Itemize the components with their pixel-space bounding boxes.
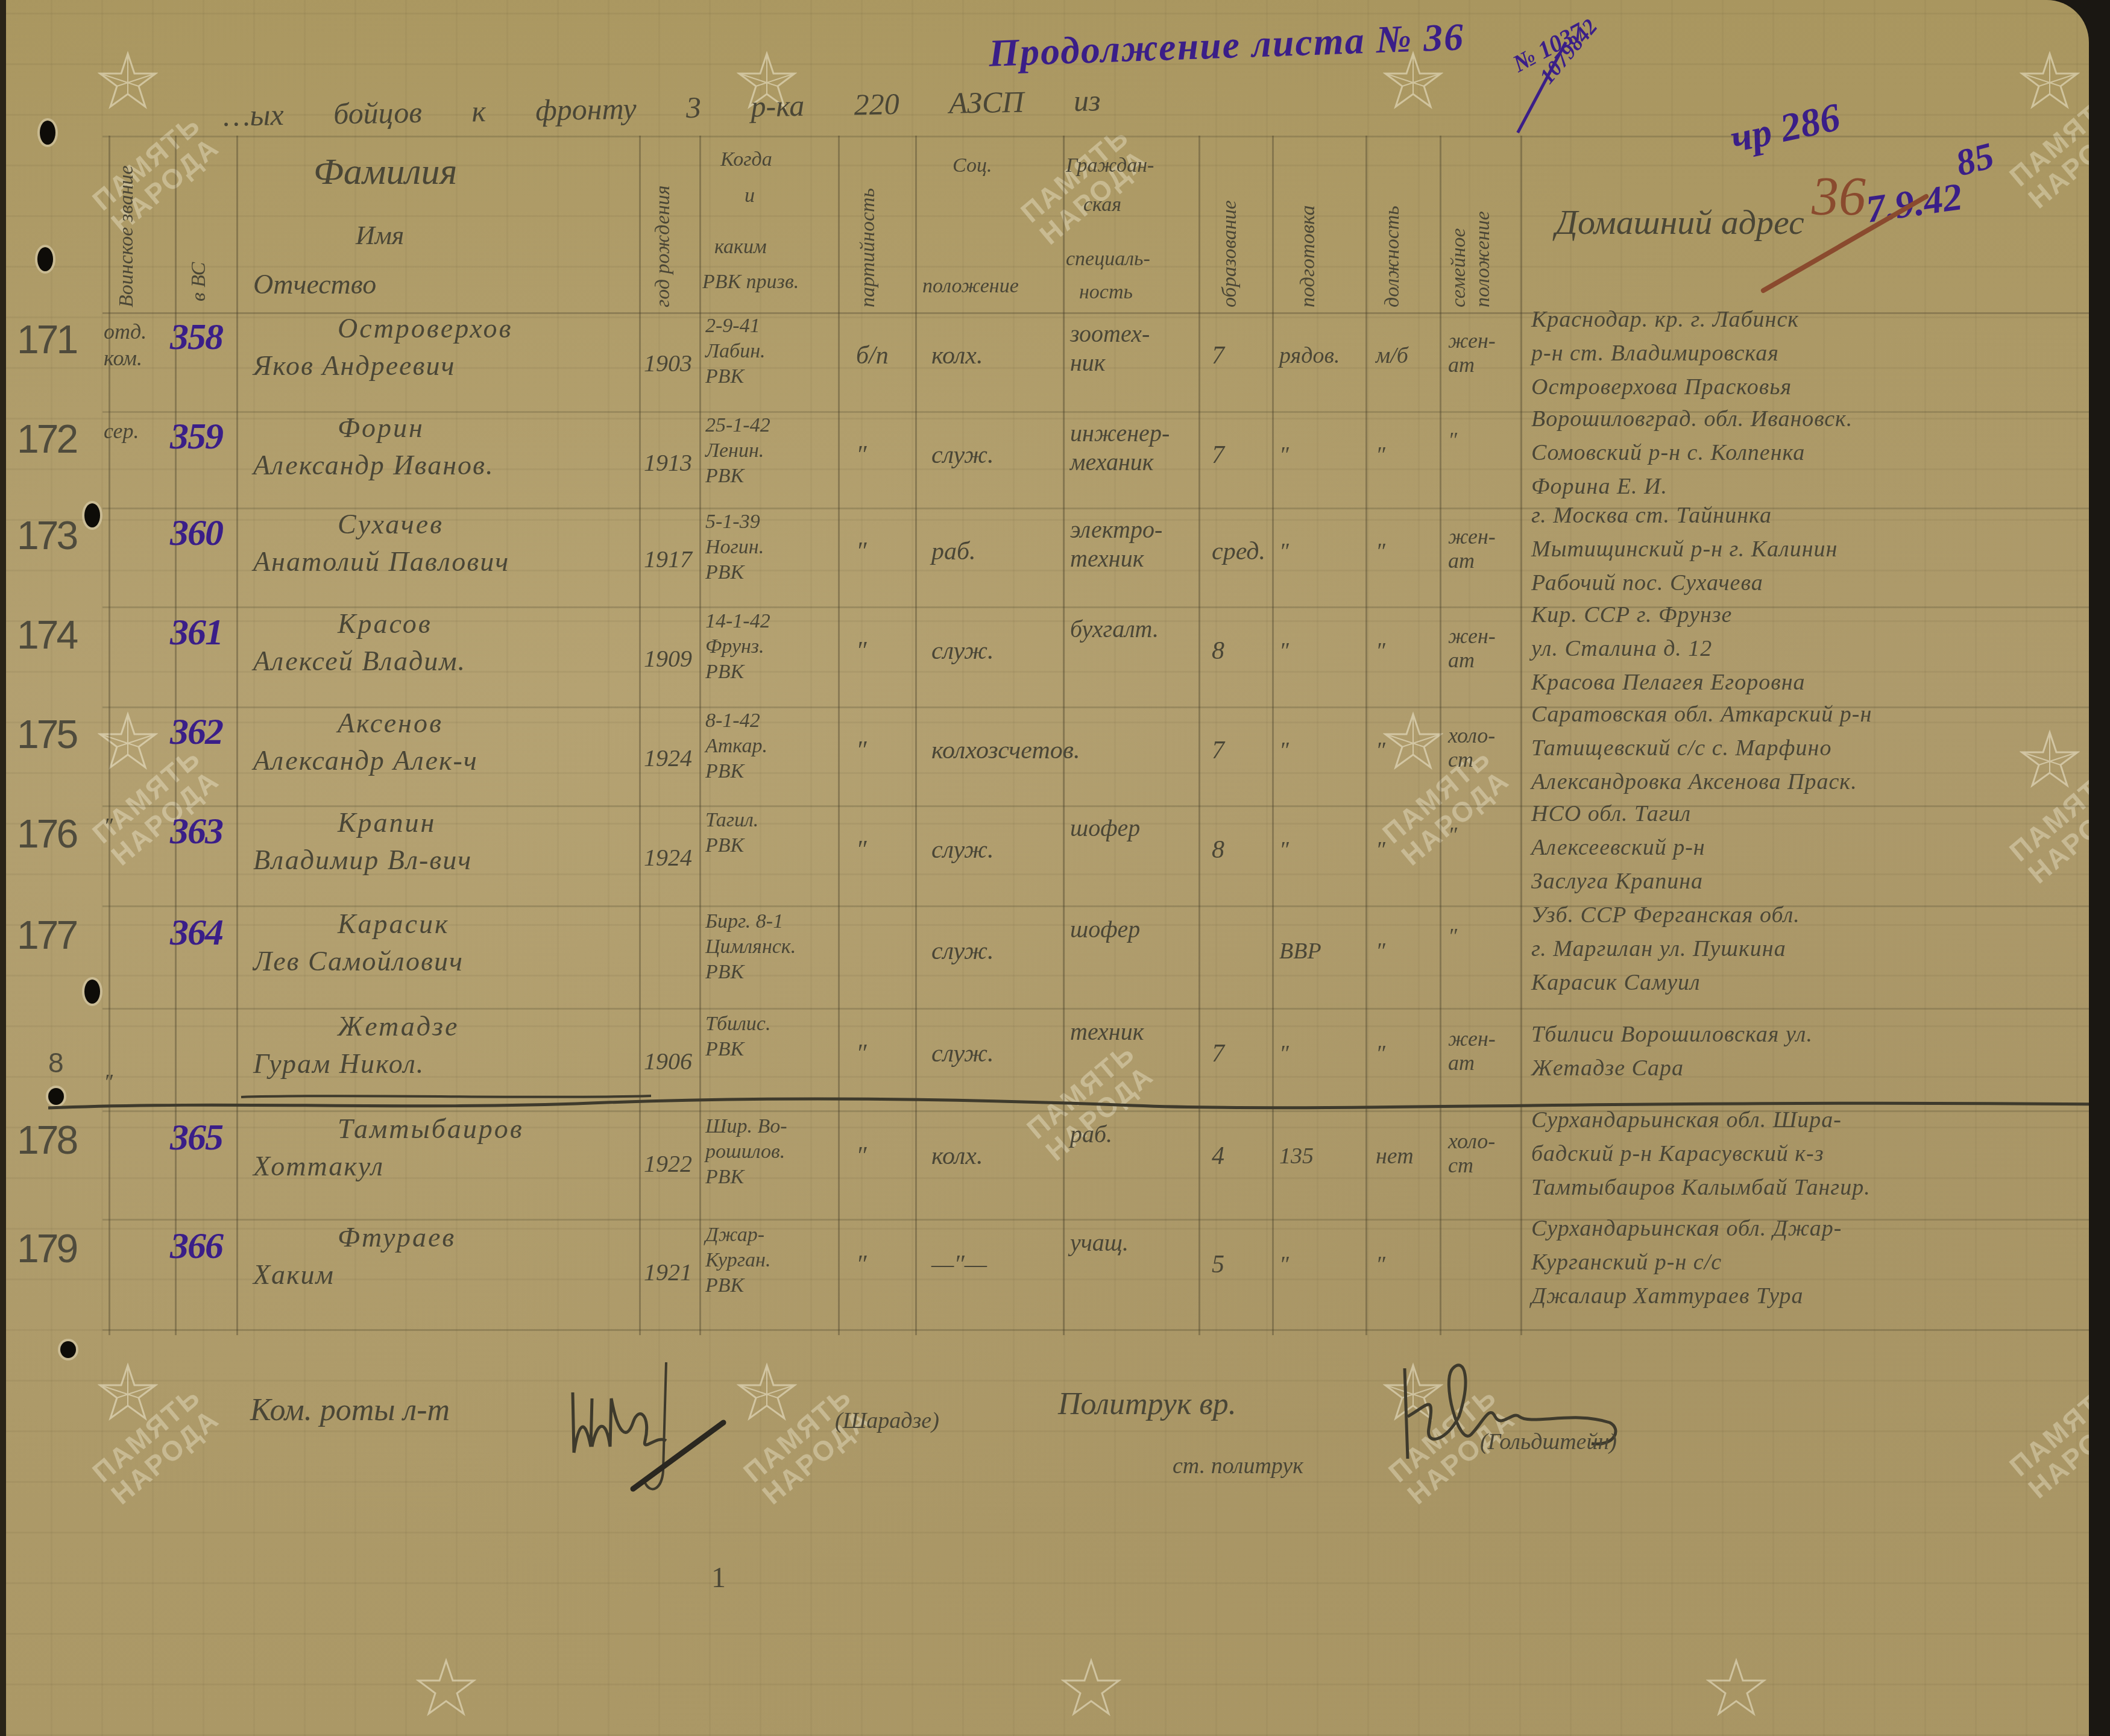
- row-number: 174: [17, 620, 76, 650]
- surname-cell: Форин: [338, 413, 424, 443]
- personal-number-cell: 362: [170, 717, 222, 747]
- header-position: должность: [1381, 151, 1423, 307]
- address-cell: Саратовская обл. Аткарский р-н Татищевск…: [1531, 697, 2089, 799]
- rank-cell: ″: [104, 813, 113, 839]
- given-name-cell: Лев Самойлович: [253, 946, 464, 976]
- commander-label: Ком. роты л-т: [250, 1392, 450, 1428]
- row-number: 172: [17, 424, 76, 454]
- address-cell: Сурхандарьинская обл. Шира- бадский р-н …: [1531, 1103, 2089, 1204]
- personal-number-cell: 361: [170, 617, 222, 647]
- social-status-cell: служ.: [931, 835, 994, 865]
- header-rvk-line: и: [745, 184, 755, 208]
- surname-cell: Жетадзе: [338, 1011, 459, 1042]
- birth-year-cell: 1924: [644, 843, 692, 873]
- table-row: 173 360 Сухачев Анатолий Павлович 1917 5…: [0, 509, 2089, 612]
- commander-name: (Шарадзе): [835, 1407, 939, 1434]
- header-soc-line: Соц.: [953, 154, 992, 178]
- personal-number-cell: 360: [170, 518, 222, 548]
- politruk-sub-label: ст. политрук: [1173, 1453, 1303, 1479]
- training-cell: ″: [1279, 536, 1289, 567]
- family-status-cell: ″: [1448, 823, 1457, 847]
- education-cell: 8: [1212, 636, 1224, 666]
- training-cell: рядов.: [1279, 341, 1340, 371]
- family-status-cell: жен- ат: [1448, 1027, 1496, 1075]
- party-cell: ″: [856, 1141, 867, 1171]
- position-cell: м/б: [1376, 341, 1408, 371]
- address-cell: Узб. ССР Ферганская обл. г. Маргилан ул.…: [1531, 898, 2089, 999]
- party-cell: ″: [856, 835, 867, 865]
- birth-year-cell: 1913: [644, 448, 692, 478]
- header-given-name: Имя: [356, 220, 404, 251]
- specialty-cell: бухгалт.: [1070, 615, 1159, 644]
- education-cell: 7: [1212, 735, 1224, 766]
- birth-year-cell: 1924: [644, 743, 692, 773]
- birth-year-cell: 1921: [644, 1257, 692, 1288]
- family-status-cell: холо- ст: [1448, 723, 1495, 772]
- row-number: 178: [17, 1125, 76, 1155]
- sheet-number: 36: [1812, 166, 1866, 228]
- personal-number-cell: 358: [170, 322, 222, 352]
- position-cell: ″: [1376, 735, 1385, 766]
- header-birth-year: год рождения: [651, 157, 687, 307]
- birth-year-cell: 1917: [644, 544, 692, 574]
- address-cell: Кир. ССР г. Фрунзе ул. Сталина д. 12 Кра…: [1531, 598, 2089, 699]
- conscription-cell: Тбилис. РВК: [705, 1011, 770, 1062]
- specialty-cell: учащ.: [1070, 1228, 1129, 1257]
- education-cell: 8: [1212, 835, 1224, 865]
- education-cell: 5: [1212, 1250, 1224, 1280]
- surname-cell: Тамтыбаиров: [338, 1114, 524, 1144]
- conscription-cell: 5-1-39 Ногин. РВК: [705, 509, 764, 585]
- row-divider: [102, 1329, 2089, 1331]
- politruk-name: (Гольдштейн): [1480, 1429, 1617, 1455]
- header-spec-line: Граждан-: [1066, 154, 1154, 178]
- training-cell: ″: [1279, 835, 1289, 865]
- header-surname: Фамилия: [313, 151, 457, 193]
- conscription-cell: 25-1-42 Ленин. РВК: [705, 413, 770, 489]
- conscription-cell: 2-9-41 Лабин. РВК: [705, 313, 766, 389]
- family-status-cell: ″: [1448, 924, 1457, 948]
- birth-year-cell: 1909: [644, 644, 692, 674]
- commander-signature: [561, 1350, 735, 1501]
- header-spec-line: ность: [1079, 280, 1133, 304]
- address-cell: Тбилиси Ворошиловская ул. Жетадзе Сара: [1531, 1017, 2089, 1085]
- social-status-cell: раб.: [931, 536, 976, 567]
- header-family-status: семейное положение: [1447, 145, 1507, 307]
- row-number: 176: [17, 819, 76, 849]
- social-status-cell: колх.: [931, 1141, 983, 1171]
- given-name-cell: Хаким: [253, 1260, 335, 1290]
- row-number: 175: [17, 719, 76, 749]
- header-party: партийность: [856, 151, 892, 307]
- table-row: 171 отд. ком. 358 Островерхов Яков Андре…: [0, 313, 2089, 416]
- training-cell: 135: [1279, 1141, 1314, 1171]
- table-row: 174 361 Красов Алексей Владим. 1909 14-1…: [0, 609, 2089, 711]
- row-number: 179: [17, 1233, 76, 1263]
- specialty-cell: инженер- механик: [1070, 419, 1170, 477]
- row-number: 8: [48, 1048, 61, 1078]
- position-cell: ″: [1376, 936, 1385, 966]
- birth-year-cell: 1903: [644, 348, 692, 379]
- conscription-cell: Бирг. 8-1 Цимлянск. РВК: [705, 909, 796, 985]
- party-cell: ″: [856, 735, 867, 766]
- social-status-cell: —″—: [931, 1250, 987, 1280]
- position-cell: нет: [1376, 1141, 1414, 1171]
- position-cell: ″: [1376, 1039, 1385, 1069]
- table-row: 178 365 Тамтыбаиров Хоттакул 1922 Шир. В…: [0, 1114, 2089, 1216]
- header-patronymic: Отчество: [253, 268, 376, 300]
- given-name-cell: Александр Алек-ч: [253, 746, 478, 776]
- social-status-cell: колх.: [931, 341, 983, 371]
- birth-year-cell: 1922: [644, 1149, 692, 1179]
- conscription-cell: 8-1-42 Аткар. РВК: [705, 708, 767, 784]
- family-status-cell: жен- ат: [1448, 624, 1496, 672]
- header-rank: Воинское звание: [115, 151, 169, 307]
- table-row: 175 362 Аксенов Александр Алек-ч 1924 8-…: [0, 708, 2089, 811]
- conscription-cell: 14-1-42 Фрунз. РВК: [705, 609, 770, 685]
- table-row: 176 ″ 363 Крапин Владимир Вл-вич 1924 Та…: [0, 808, 2089, 910]
- given-name-cell: Владимир Вл-вич: [253, 845, 472, 875]
- social-status-cell: служ.: [931, 440, 994, 470]
- binding-hole: [60, 1341, 76, 1358]
- training-cell: ″: [1279, 636, 1289, 666]
- scanned-document-page: ПАМЯТЬНАРОДА ПАМЯТЬНАРОДА ПАМЯТЬНАРОДА П…: [0, 0, 2089, 1736]
- star-icon: [1061, 1658, 1121, 1718]
- surname-cell: Аксенов: [338, 708, 443, 738]
- position-cell: ″: [1376, 835, 1385, 865]
- family-status-cell: ″: [1448, 428, 1457, 452]
- training-cell: ″: [1279, 1250, 1289, 1280]
- specialty-cell: электро- техник: [1070, 515, 1162, 573]
- specialty-cell: раб.: [1070, 1120, 1112, 1149]
- given-name-cell: Анатолий Павлович: [253, 547, 509, 577]
- surname-cell: Фтураев: [338, 1222, 456, 1253]
- family-status-cell: холо- ст: [1448, 1129, 1495, 1177]
- rank-cell: сер.: [104, 418, 139, 444]
- table-row: 177 364 Карасик Лев Самойлович Бирг. 8-1…: [0, 909, 2089, 1011]
- position-cell: ″: [1376, 440, 1385, 470]
- header-rvk-line: каким: [714, 235, 767, 259]
- watermark-text: ПАМЯТЬНАРОДА: [2004, 1376, 2089, 1504]
- star-icon: [416, 1658, 476, 1718]
- personal-number-cell: 366: [170, 1231, 222, 1261]
- row-number: 177: [17, 920, 76, 950]
- party-cell: ″: [856, 1250, 867, 1280]
- surname-cell: Островерхов: [338, 313, 513, 344]
- header-rvk-line: Когда: [720, 148, 772, 172]
- family-status-cell: жен- ат: [1448, 524, 1496, 573]
- conscription-cell: Тагил. РВК: [705, 808, 758, 858]
- star-icon: [1706, 1658, 1766, 1718]
- rank-cell: отд. ком.: [104, 318, 146, 371]
- given-name-cell: Александр Иванов.: [253, 450, 494, 480]
- specialty-cell: шофер: [1070, 814, 1140, 843]
- header-soc-line: положение: [922, 274, 1019, 298]
- party-cell: ″: [856, 636, 867, 666]
- given-name-cell: Хоттакул: [253, 1151, 384, 1181]
- family-status-cell: жен- ат: [1448, 329, 1496, 377]
- given-name-cell: Яков Андреевич: [253, 351, 455, 381]
- training-cell: ″: [1279, 735, 1289, 766]
- position-cell: ″: [1376, 536, 1385, 567]
- stray-mark: 1: [711, 1561, 726, 1594]
- party-cell: б/п: [856, 341, 889, 371]
- table-row: 179 366 Фтураев Хаким 1921 Джар- Курган.…: [0, 1222, 2089, 1325]
- education-cell: 4: [1212, 1141, 1224, 1171]
- address-cell: Краснодар. кр. г. Лабинск р-н ст. Владим…: [1531, 303, 2089, 404]
- header-address: Домашний адрес: [1555, 202, 1804, 242]
- social-status-cell: колхозсчетов.: [931, 735, 1080, 766]
- row-divider: [102, 136, 2089, 137]
- social-status-cell: служ.: [931, 1039, 994, 1069]
- list-heading: …ых бойцов к фронту 3 р-ка 220 АЗСП из: [223, 83, 1101, 133]
- given-name-cell: Алексей Владим.: [253, 646, 466, 676]
- personal-number-cell: 359: [170, 421, 222, 451]
- watermark-text: ПАМЯТЬНАРОДА: [1016, 122, 1153, 250]
- archive-mark: чр 286: [1727, 95, 1844, 162]
- education-cell: 7: [1212, 1039, 1224, 1069]
- conscription-cell: Джар- Курган. РВК: [705, 1222, 770, 1298]
- header-service: в ВС: [187, 181, 223, 301]
- surname-cell: Сухачев: [338, 509, 444, 539]
- rank-cell: ″: [104, 1069, 113, 1095]
- personal-number-cell: 363: [170, 816, 222, 846]
- party-cell: ″: [856, 440, 867, 470]
- row-number: 171: [17, 324, 76, 354]
- address-cell: Сурхандарьинская обл. Джар- Курганский р…: [1531, 1212, 2089, 1313]
- politruk-signature: [1393, 1344, 1670, 1477]
- birth-year-cell: 1906: [644, 1046, 692, 1077]
- star-icon: [98, 51, 158, 111]
- party-cell: ″: [856, 1039, 867, 1069]
- personal-number-cell: 364: [170, 917, 222, 948]
- specialty-cell: шофер: [1070, 915, 1140, 944]
- address-cell: Ворошиловград. обл. Ивановск. Сомовский …: [1531, 402, 2089, 503]
- header-training: подготовка: [1296, 151, 1338, 307]
- address-cell: НСО обл. Тагил Алексеевский р-н Заслуга …: [1531, 797, 2089, 898]
- surname-cell: Карасик: [338, 909, 449, 939]
- training-cell: ″: [1279, 1039, 1289, 1069]
- given-name-cell: Гурам Никол.: [253, 1049, 424, 1079]
- specialty-cell: техник: [1070, 1017, 1144, 1046]
- surname-cell: Красов: [338, 609, 432, 639]
- social-status-cell: служ.: [931, 636, 994, 666]
- star-icon: [737, 1362, 797, 1423]
- binding-hole: [40, 121, 55, 145]
- header-spec-line: ская: [1083, 193, 1121, 217]
- education-cell: 7: [1212, 440, 1224, 470]
- header-spec-line: специаль-: [1066, 247, 1150, 271]
- education-cell: сред.: [1212, 536, 1265, 567]
- conscription-cell: Шир. Во- рошилов. РВК: [705, 1114, 787, 1190]
- header-education: образование: [1218, 151, 1254, 307]
- specialty-cell: зоотех- ник: [1070, 319, 1150, 377]
- training-cell: ″: [1279, 440, 1289, 470]
- header-rvk-line: РВК призв.: [702, 270, 799, 294]
- personal-number-cell: 365: [170, 1122, 222, 1153]
- education-cell: 7: [1212, 341, 1224, 371]
- binding-hole: [37, 247, 53, 271]
- row-number: 173: [17, 520, 76, 550]
- training-cell: ВВР: [1279, 936, 1321, 966]
- star-icon: [2020, 51, 2080, 111]
- politruk-label: Политрук вр.: [1058, 1386, 1236, 1422]
- social-status-cell: служ.: [931, 936, 994, 966]
- address-cell: г. Москва ст. Тайнинка Мытищинский р-н г…: [1531, 498, 2089, 600]
- position-cell: ″: [1376, 636, 1385, 666]
- position-cell: ″: [1376, 1250, 1385, 1280]
- party-cell: ″: [856, 536, 867, 567]
- surname-cell: Крапин: [338, 808, 436, 838]
